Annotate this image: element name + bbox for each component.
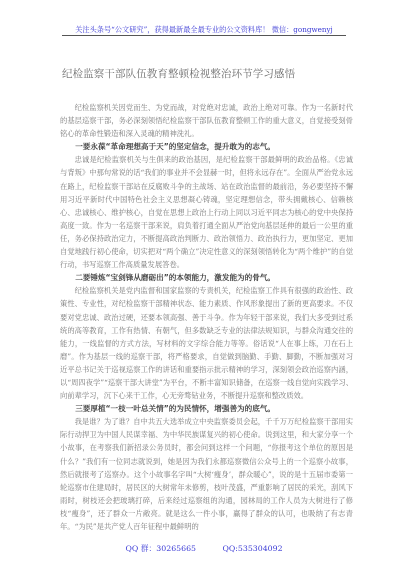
section-heading-2: 二要锤炼“宝剑锋从磨砺出”的本领能力，激发能为的骨气。	[60, 271, 353, 284]
footer-contact: QQ 群：30265665 QQ:535304092	[0, 543, 408, 554]
header-banner-link[interactable]: 关注头条号“公文研究”，获得最新最全最专业的公文资料库！ 微信：gongweny…	[62, 25, 346, 35]
qq-group-number: QQ 群：30265665	[125, 544, 196, 553]
document-page: 关注头条号“公文研究”，获得最新最全最专业的公文资料库！ 微信：gongweny…	[0, 0, 408, 580]
paragraph-3: 我是谁？为了谁？自中共五大选举成立中央监察委员会起，千千万万纪检监察干部用实际行…	[60, 415, 353, 533]
paragraph-intro: 纪检监察机关因党而生、为党而战，对党绝对忠诚，政治上绝对可靠。作为一名新时代的基…	[60, 101, 353, 140]
qq-number: QQ:535304092	[222, 544, 282, 553]
paragraph-1: 忠诚是纪检监察机关与生俱来的政治基因，是纪检监察干部最鲜明的政治品格。《忠诚与背…	[60, 153, 353, 271]
document-title: 纪检监察干部队伍教育整顿检视整治环节学习感悟	[62, 66, 352, 81]
section-heading-3: 三要厚植“一枝一叶总关情”的为民情怀，增强善为的底气。	[60, 402, 353, 415]
document-body: 纪检监察机关因党而生、为党而战，对党绝对忠诚，政治上绝对可靠。作为一名新时代的基…	[60, 101, 353, 533]
header-divider	[62, 35, 346, 36]
section-heading-1: 一要永葆“革命理想高于天”的坚定信念，提升敢为的志气。	[60, 140, 353, 153]
paragraph-2: 纪检监察机关是党内监督和国家监察的专责机关，纪检监察工作具有很强的政治性、政策性…	[60, 284, 353, 402]
